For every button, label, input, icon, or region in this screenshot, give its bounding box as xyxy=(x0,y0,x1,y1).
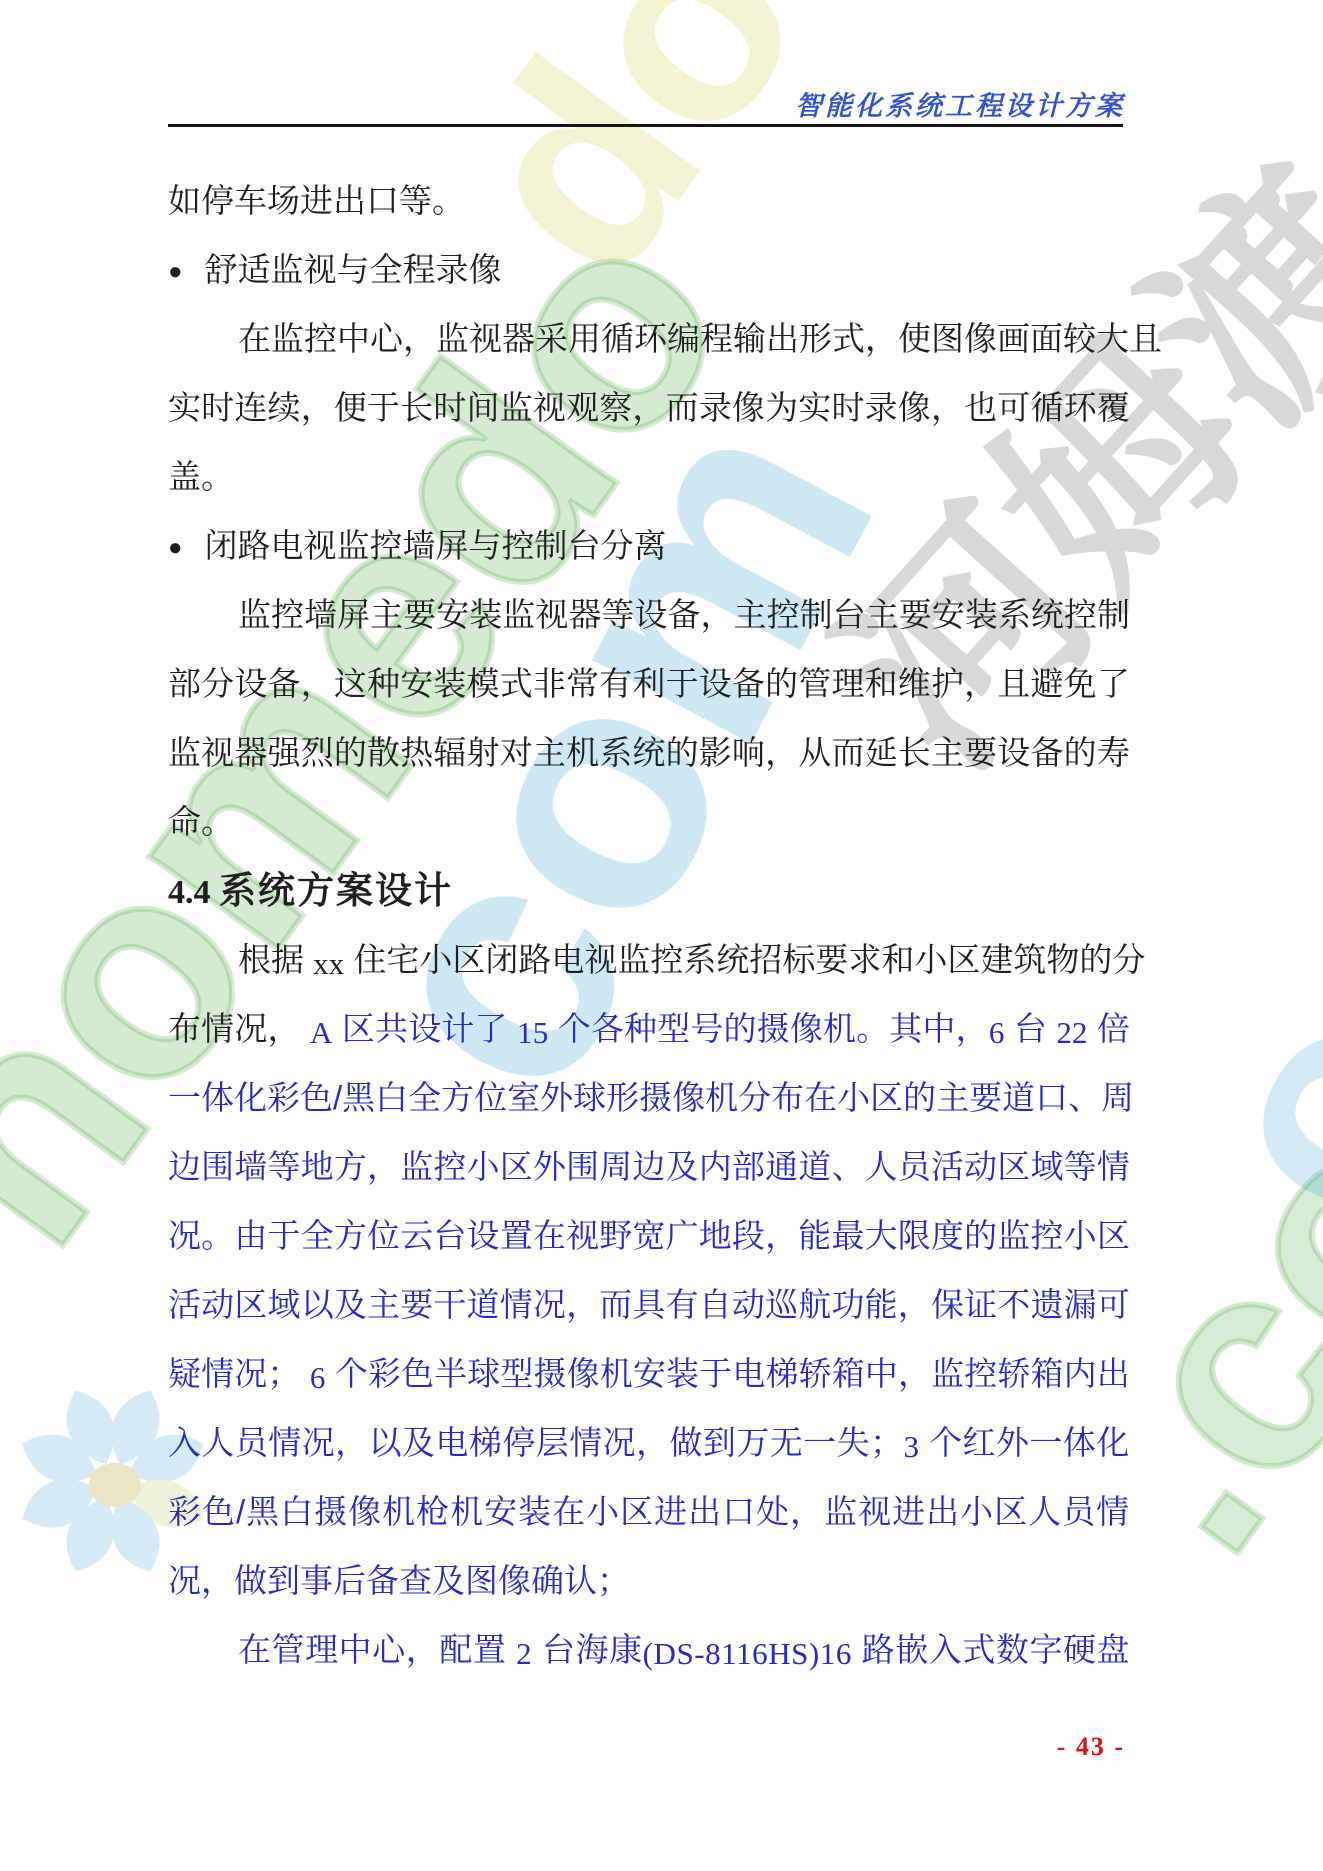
line-text: 边围墙等地方，监控小区外围周边及内部通道、人员活动区域等情 xyxy=(168,1148,1130,1185)
header-rule xyxy=(168,124,1123,127)
document-page: homedo.comcomomdo河姆渡 智能化系统工程设计方案 如停车场进出口… xyxy=(0,0,1323,1871)
text-line: 入人员情况，以及电梯停层情况，做到万无一失；3 个红外一体化 xyxy=(168,1408,1130,1477)
text-line: 疑情况； 6 个彩色半球型摄像机安装于电梯轿箱中，监控轿箱内出 xyxy=(168,1339,1130,1408)
line-text: 况，做到事后备查及图像确认； xyxy=(168,1562,630,1599)
body-text: 如停车场进出口等。●舒适监视与全程录像在监控中心，监视器采用循环编程输出形式，使… xyxy=(168,166,1130,1684)
text-line: 边围墙等地方，监控小区外围周边及内部通道、人员活动区域等情 xyxy=(168,1132,1130,1201)
text-line: 在监控中心，监视器采用循环编程输出形式，使图像画面较大且 xyxy=(168,304,1130,373)
bullet-icon: ● xyxy=(168,513,183,582)
text-line: 况，做到事后备查及图像确认； xyxy=(168,1546,1130,1615)
text-line: 况。由于全方位云台设置在视野宽广地段，能最大限度的监控小区 xyxy=(168,1201,1130,1270)
text-line: 一体化彩色/黑白全方位室外球形摄像机分布在小区的主要道口、周 xyxy=(168,1063,1130,1132)
line-text: 监控墙屏主要安装监视器等设备，主控制台主要安装系统控制 xyxy=(238,596,1130,633)
flower-petal xyxy=(55,1382,127,1473)
line-text: 命。 xyxy=(168,803,234,840)
text-line: 彩色/黑白摄像机枪机安装在小区进出口处，监视进出小区人员情 xyxy=(168,1477,1130,1546)
line-text: 况。由于全方位云台设置在视野宽广地段，能最大限度的监控小区 xyxy=(168,1217,1130,1254)
flower-petal xyxy=(55,1489,127,1580)
line-text: 如停车场进出口等。 xyxy=(168,182,465,219)
flower-petal xyxy=(14,1423,105,1495)
line-text: 闭路电视监控墙屏与控制台分离 xyxy=(205,527,667,564)
line-text: 活动区域以及主要干道情况，而具有自动巡航功能，保证不遗漏可 xyxy=(168,1286,1130,1323)
watermark-om-cyan-right: om xyxy=(1150,723,1323,1261)
page-number: - 43 - xyxy=(1057,1732,1125,1762)
line-text: 在监控中心，监视器采用循环编程输出形式，使图像画面较大且 xyxy=(238,320,1162,357)
flower-petal xyxy=(99,1489,171,1580)
bullet-icon: ● xyxy=(168,237,183,306)
flower-center xyxy=(89,1463,141,1507)
text-line: 监视器强烈的散热辐射对主机系统的影响，从而延长主要设备的寿 xyxy=(168,718,1130,787)
line-text: 舒适监视与全程录像 xyxy=(205,251,502,288)
line-text: 布情况， A 区共设计了 15 个各种型号的摄像机。其中，6 台 22 倍 xyxy=(168,1010,1130,1047)
text-line: 命。 xyxy=(168,787,1130,856)
text-line: 实时连续，便于长时间监视观察，而录像为实时录像，也可循环覆 xyxy=(168,373,1130,442)
line-text: 一体化彩色/黑白全方位室外球形摄像机分布在小区的主要道口、周 xyxy=(168,1079,1134,1116)
line-text: 实时连续，便于长时间监视观察，而录像为实时录像，也可循环覆 xyxy=(168,389,1130,426)
text-line: 根据 xx 住宅小区闭路电视监控系统招标要求和小区建筑物的分 xyxy=(168,925,1130,994)
text-line: 在管理中心，配置 2 台海康(DS-8116HS)16 路嵌入式数字硬盘 xyxy=(168,1615,1130,1684)
line-text: 监视器强烈的散热辐射对主机系统的影响，从而延长主要设备的寿 xyxy=(168,734,1130,771)
line-text: 根据 xx 住宅小区闭路电视监控系统招标要求和小区建筑物的分 xyxy=(238,941,1145,978)
text-line: 部分设备，这种安装模式非常有利于设备的管理和维护，且避免了 xyxy=(168,649,1130,718)
line-text: 4.4 系统方案设计 xyxy=(168,873,453,910)
text-line: ●舒适监视与全程录像 xyxy=(168,235,1130,304)
text-line: 布情况， A 区共设计了 15 个各种型号的摄像机。其中，6 台 22 倍 xyxy=(168,994,1130,1063)
line-text: 在管理中心，配置 2 台海康(DS-8116HS)16 路嵌入式数字硬盘 xyxy=(238,1631,1130,1668)
header-title: 智能化系统工程设计方案 xyxy=(795,84,1125,123)
line-text: 部分设备，这种安装模式非常有利于设备的管理和维护，且避免了 xyxy=(168,665,1130,702)
text-line: ●闭路电视监控墙屏与控制台分离 xyxy=(168,511,1130,580)
text-line: 如停车场进出口等。 xyxy=(168,166,1130,235)
line-text: 疑情况； 6 个彩色半球型摄像机安装于电梯轿箱中，监控轿箱内出 xyxy=(168,1355,1130,1392)
flower-petal xyxy=(99,1382,171,1473)
line-text: 彩色/黑白摄像机枪机安装在小区进出口处，监视进出小区人员情 xyxy=(168,1493,1130,1530)
line-text: 盖。 xyxy=(168,458,234,495)
line-text: 入人员情况，以及电梯停层情况，做到万无一失；3 个红外一体化 xyxy=(168,1424,1130,1461)
flower-petal xyxy=(14,1467,105,1539)
text-line: 监控墙屏主要安装监视器等设备，主控制台主要安装系统控制 xyxy=(168,580,1130,649)
text-line: 盖。 xyxy=(168,442,1130,511)
text-line: 活动区域以及主要干道情况，而具有自动巡航功能，保证不遗漏可 xyxy=(168,1270,1130,1339)
section-heading: 4.4 系统方案设计 xyxy=(168,856,1130,925)
